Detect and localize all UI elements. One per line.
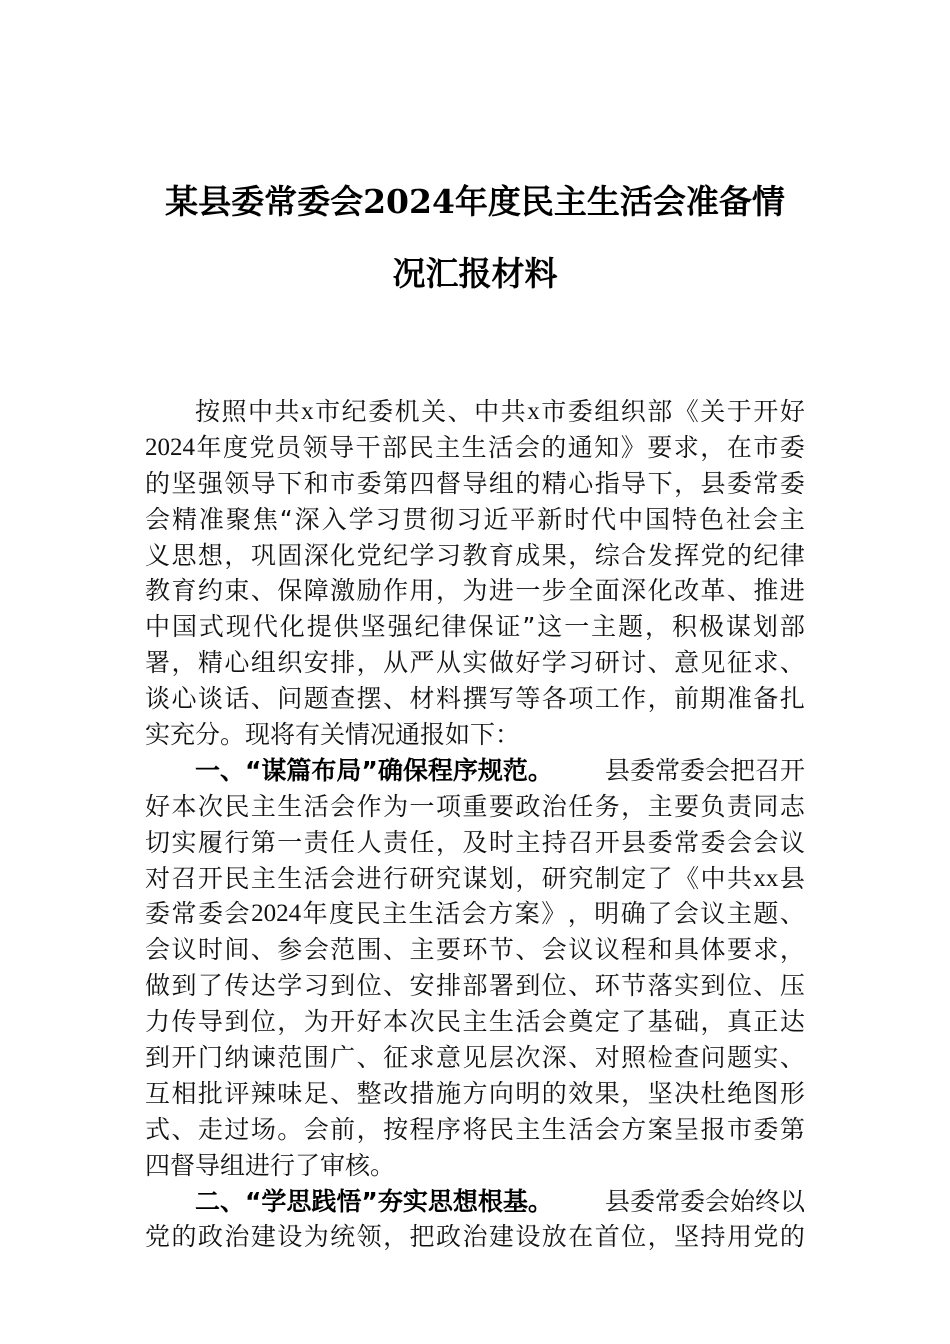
section-heading: 一、“谋篇布局”确保程序规范。: [195, 753, 553, 789]
body-line: 实充分。现将有关情况通报如下：: [145, 717, 805, 753]
text-line: 按照中共x市纪委机关、中共x市委组织部《关于开好: [195, 394, 805, 430]
text-line: 对召开民主生活会进行研究谋划，研究制定了《中共xx县: [145, 861, 805, 897]
document-page: 某县委常委会2024年度民主生活会准备情 况汇报材料 按照中共x市纪委机关、中共…: [0, 0, 950, 1344]
body-line: 义思想，巩固深化党纪学习教育成果，综合发挥党的纪律: [145, 538, 805, 574]
document-title: 某县委常委会2024年度民主生活会准备情 况汇报材料: [145, 166, 805, 310]
text-line: 党的政治建设为统领，把政治建设放在首位，坚持用党的: [145, 1219, 805, 1255]
body-line: 会精准聚焦“深入学习贯彻习近平新时代中国特色社会主: [145, 502, 805, 538]
text-line: 义思想，巩固深化党纪学习教育成果，综合发挥党的纪律: [145, 538, 805, 574]
body-line: 好本次民主生活会作为一项重要政治任务，主要负责同志: [145, 789, 805, 825]
text-line: 做到了传达学习到位、安排部署到位、环节落实到位、压: [145, 968, 805, 1004]
text-line: 会精准聚焦“深入学习贯彻习近平新时代中国特色社会主: [145, 502, 805, 538]
body-line: 谈心谈话、问题查摆、材料撰写等各项工作，前期准备扎: [145, 681, 805, 717]
body-line: 教育约束、保障激励作用，为进一步全面深化改革、推进: [145, 573, 805, 609]
document-body: 按照中共x市纪委机关、中共x市委组织部《关于开好 2024年度党员领导干部民主生…: [145, 394, 805, 1255]
body-line: 力传导到位，为开好本次民主生活会奠定了基础，真正达: [145, 1004, 805, 1040]
body-line: 按照中共x市纪委机关、中共x市委组织部《关于开好: [145, 394, 805, 430]
body-line: 到开门纳谏范围广、征求意见层次深、对照检查问题实、: [145, 1040, 805, 1076]
text-line: 到开门纳谏范围广、征求意见层次深、对照检查问题实、: [145, 1040, 805, 1076]
text-line: 县委常委会始终以: [605, 1184, 805, 1220]
body-line: 四督导组进行了审核。: [145, 1148, 805, 1184]
body-line: 对召开民主生活会进行研究谋划，研究制定了《中共xx县: [145, 861, 805, 897]
text-line: 中国式现代化提供坚强纪律保证”这一主题，积极谋划部: [145, 609, 805, 645]
text-line: 力传导到位，为开好本次民主生活会奠定了基础，真正达: [145, 1004, 805, 1040]
body-line: 做到了传达学习到位、安排部署到位、环节落实到位、压: [145, 968, 805, 1004]
text-line: 实充分。现将有关情况通报如下：: [145, 717, 520, 753]
text-line: 的坚强领导下和市委第四督导组的精心指导下，县委常委: [145, 466, 805, 502]
text-line: 教育约束、保障激励作用，为进一步全面深化改革、推进: [145, 573, 805, 609]
text-line: 四督导组进行了审核。: [145, 1148, 395, 1184]
title-line: 某县委常委会2024年度民主生活会准备情: [145, 166, 805, 238]
section-heading-line: 一、“谋篇布局”确保程序规范。县委常委会把召开: [145, 753, 805, 789]
text-line: 会议时间、参会范围、主要环节、会议议程和具体要求，: [145, 932, 805, 968]
body-line: 中国式现代化提供坚强纪律保证”这一主题，积极谋划部: [145, 609, 805, 645]
body-line: 式、走过场。会前，按程序将民主生活会方案呈报市委第: [145, 1112, 805, 1148]
text-line: 署，精心组织安排，从严从实做好学习研讨、意见征求、: [145, 645, 805, 681]
title-line: 况汇报材料: [145, 238, 805, 310]
text-line: 委常委会2024年度民主生活会方案》，明确了会议主题、: [145, 896, 805, 932]
text-line: 切实履行第一责任人责任，及时主持召开县委常委会会议: [145, 825, 805, 861]
body-line: 互相批评辣味足、整改措施方向明的效果，坚决杜绝图形: [145, 1076, 805, 1112]
body-line: 会议时间、参会范围、主要环节、会议议程和具体要求，: [145, 932, 805, 968]
text-line: 谈心谈话、问题查摆、材料撰写等各项工作，前期准备扎: [145, 681, 805, 717]
body-line: 的坚强领导下和市委第四督导组的精心指导下，县委常委: [145, 466, 805, 502]
section-heading: 二、“学思践悟”夯实思想根基。: [195, 1184, 553, 1220]
body-line: 署，精心组织安排，从严从实做好学习研讨、意见征求、: [145, 645, 805, 681]
text-line: 互相批评辣味足、整改措施方向明的效果，坚决杜绝图形: [145, 1076, 805, 1112]
body-line: 委常委会2024年度民主生活会方案》，明确了会议主题、: [145, 896, 805, 932]
text-line: 式、走过场。会前，按程序将民主生活会方案呈报市委第: [145, 1112, 805, 1148]
section-heading-line: 二、“学思践悟”夯实思想根基。县委常委会始终以: [145, 1184, 805, 1220]
text-line: 2024年度党员领导干部民主生活会的通知》要求，在市委: [145, 430, 805, 466]
body-line: 切实履行第一责任人责任，及时主持召开县委常委会会议: [145, 825, 805, 861]
text-line: 县委常委会把召开: [605, 753, 805, 789]
body-line: 党的政治建设为统领，把政治建设放在首位，坚持用党的: [145, 1219, 805, 1255]
text-line: 好本次民主生活会作为一项重要政治任务，主要负责同志: [145, 789, 805, 825]
body-line: 2024年度党员领导干部民主生活会的通知》要求，在市委: [145, 430, 805, 466]
